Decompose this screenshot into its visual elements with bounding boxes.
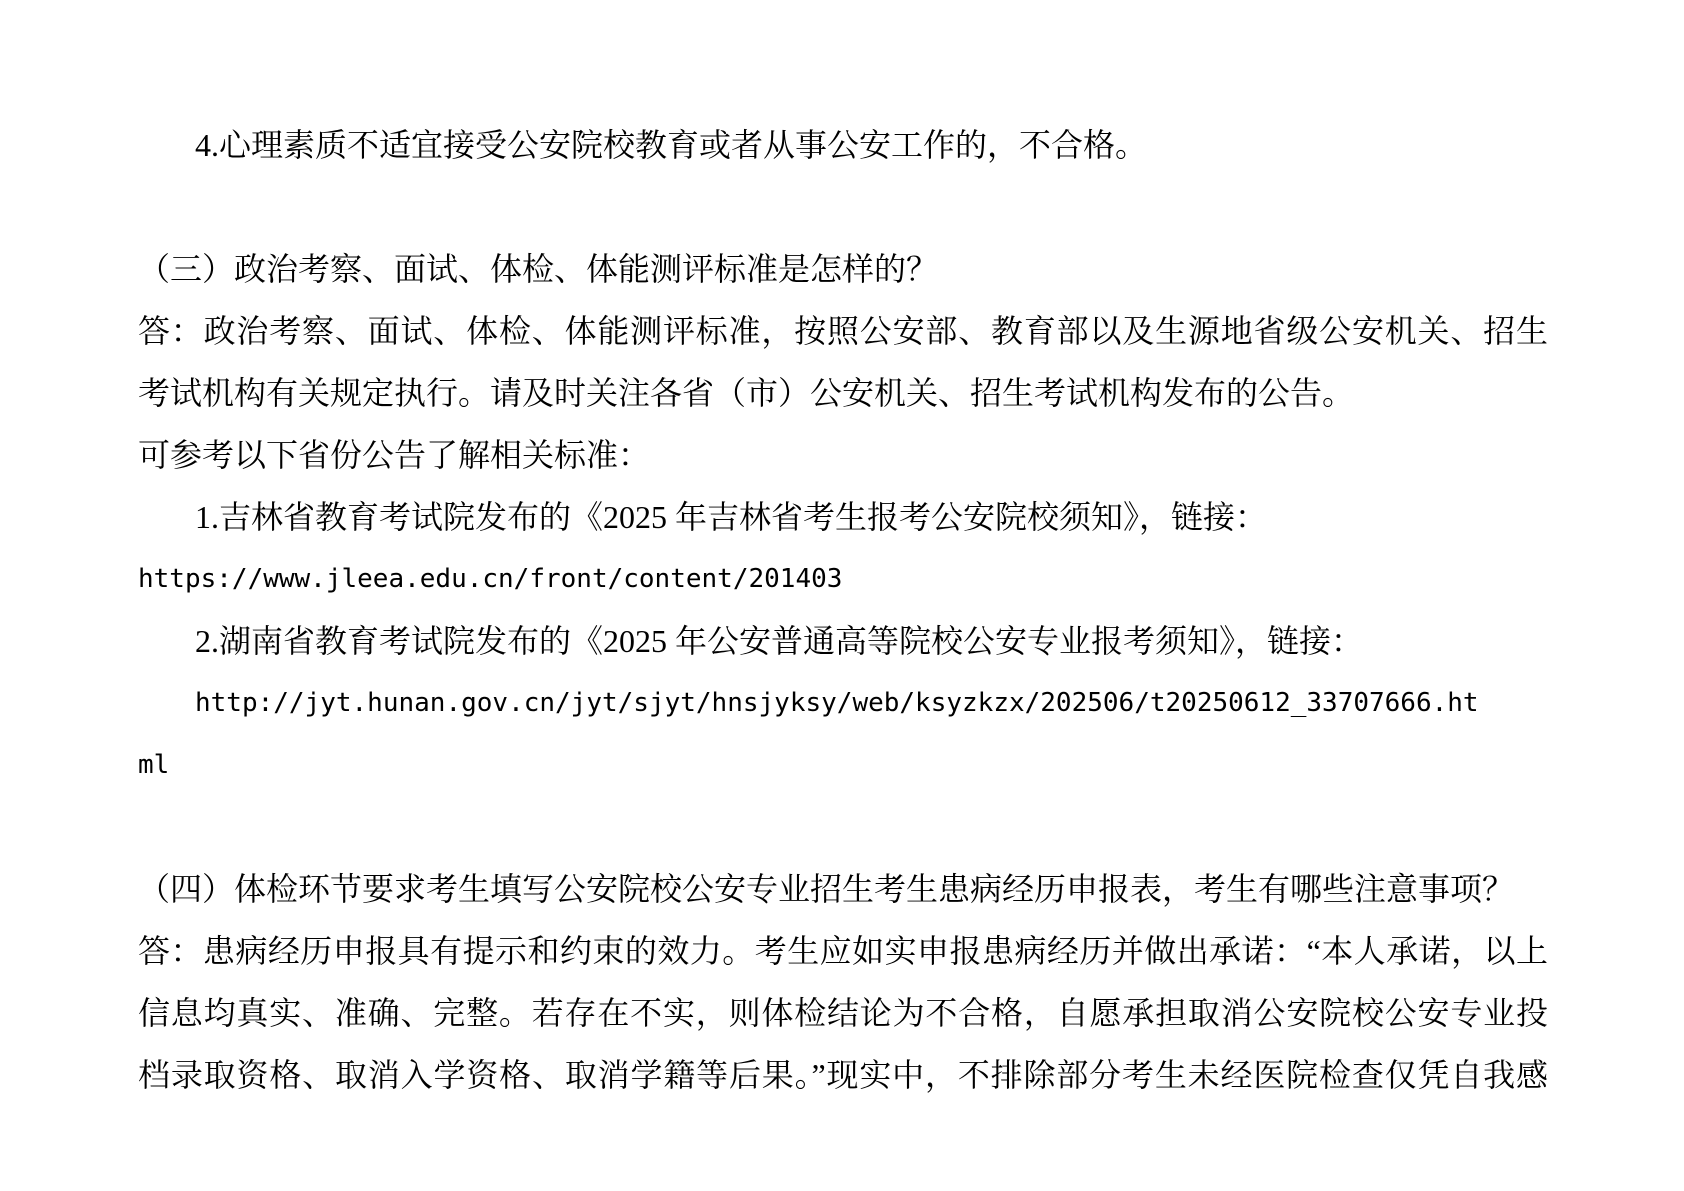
answer-q3-line-2: 考试机构有关规定执行。请及时关注各省（市）公安机关、招生考试机构发布的公告。 bbox=[138, 362, 1548, 424]
jilin-notice-url: https://www.jleea.edu.cn/front/content/2… bbox=[138, 548, 1548, 610]
answer-q4-line-1: 答：患病经历申报具有提示和约束的效力。考生应如实申报患病经历并做出承诺：“本人承… bbox=[138, 920, 1548, 982]
blank-line bbox=[138, 176, 1548, 238]
list-item-criterion-4: 4.心理素质不适宜接受公安院校教育或者从事公安工作的，不合格。 bbox=[138, 114, 1548, 176]
reference-item-hunan: 2.湖南省教育考试院发布的《2025 年公安普通高等院校公安专业报考须知》，链接… bbox=[138, 610, 1548, 672]
section-heading-q3: （三）政治考察、面试、体检、体能测评标准是怎样的？ bbox=[138, 238, 1548, 300]
answer-q4-line-3: 档录取资格、取消入学资格、取消学籍等后果。”现实中，不排除部分考生未经医院检查仅… bbox=[138, 1044, 1548, 1106]
hunan-notice-url-line-1: http://jyt.hunan.gov.cn/jyt/sjyt/hnsjyks… bbox=[138, 672, 1548, 734]
reference-intro-line: 可参考以下省份公告了解相关标准： bbox=[138, 424, 1548, 486]
reference-item-jilin: 1.吉林省教育考试院发布的《2025 年吉林省考生报考公安院校须知》，链接： bbox=[138, 486, 1548, 548]
section-heading-q4: （四）体检环节要求考生填写公安院校公安专业招生考生患病经历申报表，考生有哪些注意… bbox=[138, 858, 1548, 920]
answer-q4-line-2: 信息均真实、准确、完整。若存在不实，则体检结论为不合格，自愿承担取消公安院校公安… bbox=[138, 982, 1548, 1044]
document-page: { "document": { "language": "zh-CN", "ba… bbox=[0, 0, 1684, 1191]
document-body: 4.心理素质不适宜接受公安院校教育或者从事公安工作的，不合格。 （三）政治考察、… bbox=[138, 114, 1548, 1106]
blank-line bbox=[138, 796, 1548, 858]
answer-q3-line-1: 答：政治考察、面试、体检、体能测评标准，按照公安部、教育部以及生源地省级公安机关… bbox=[138, 300, 1548, 362]
hunan-notice-url-line-2: ml bbox=[138, 734, 1548, 796]
